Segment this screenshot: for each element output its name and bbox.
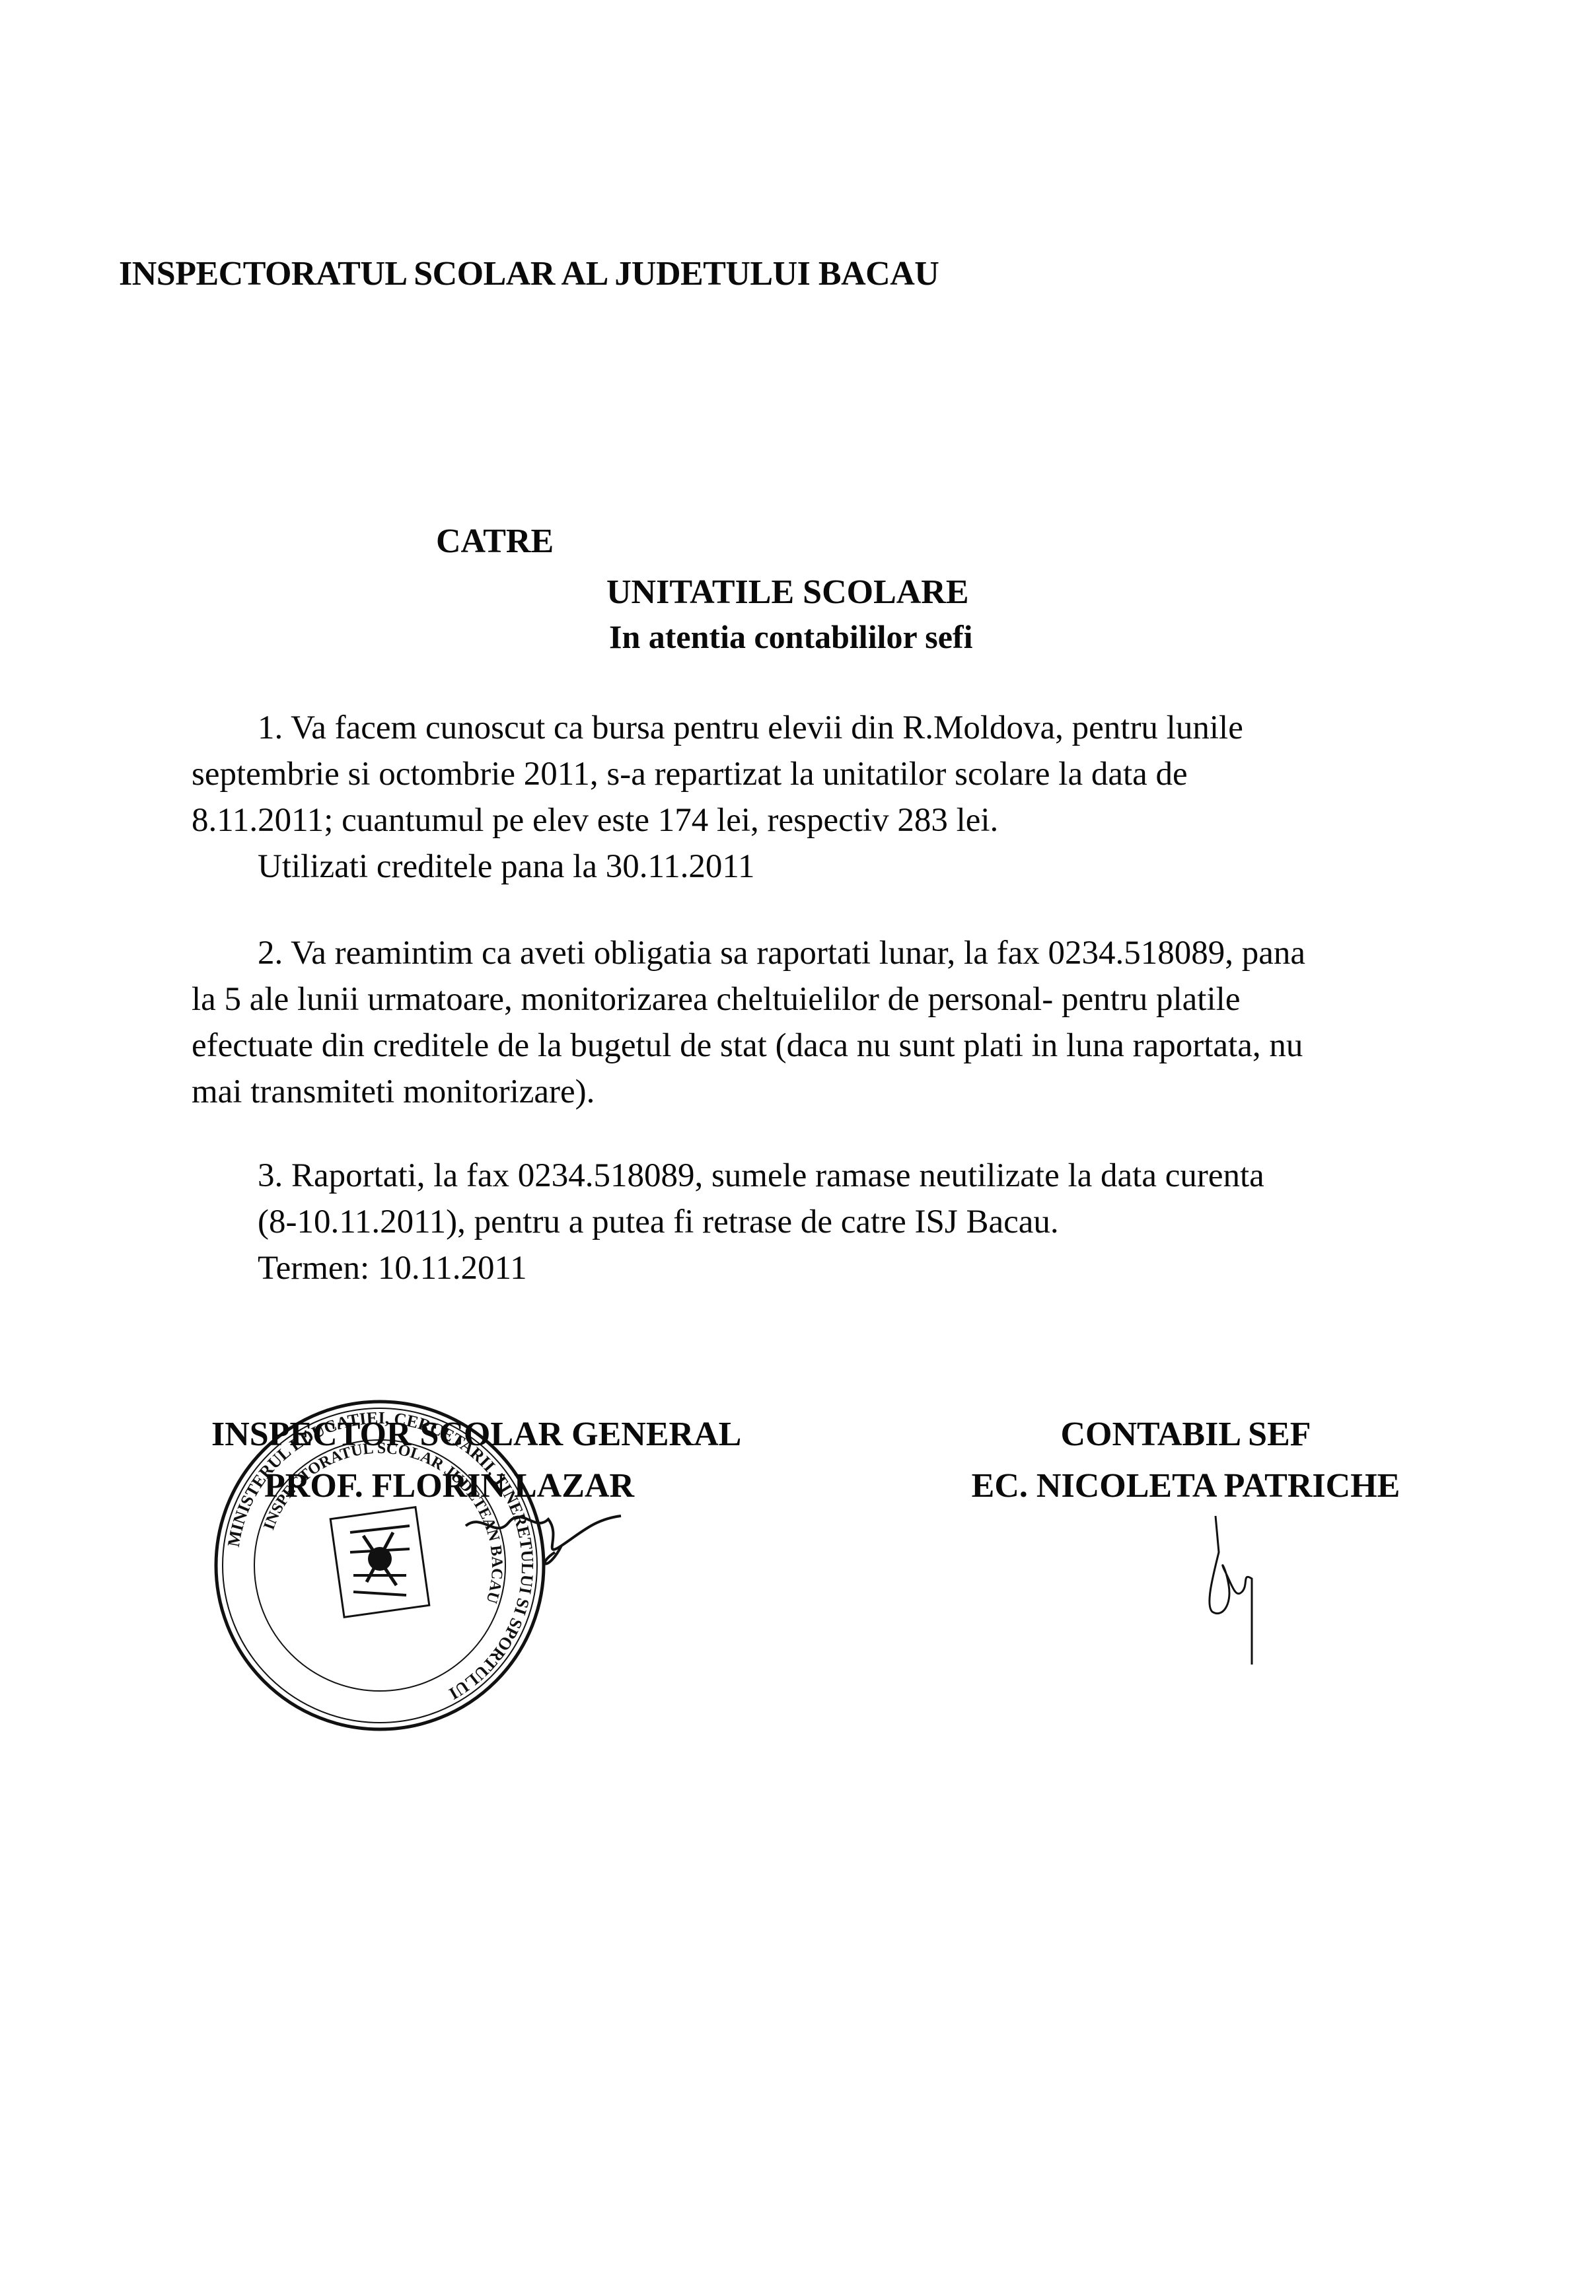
paragraph-1: 1. Va facem cunoscut ca bursa pentru ele… (192, 705, 1506, 890)
recipient: UNITATILE SCOLARE (606, 573, 969, 612)
signature-block-right: CONTABIL SEF EC. NICOLETA PATRICHE (925, 1409, 1447, 1512)
paragraph-line: la 5 ale lunii urmatoare, monitorizarea … (192, 976, 1506, 1022)
paragraph-line: mai transmiteti monitorizare). (192, 1069, 1506, 1115)
paragraph-3: 3. Raportati, la fax 0234.518089, sumele… (192, 1153, 1506, 1291)
paragraph-2: 2. Va reamintim ca aveti obligatia sa ra… (192, 930, 1506, 1115)
signatory-name-right: EC. NICOLETA PATRICHE (925, 1460, 1447, 1512)
paragraph-line: Utilizati creditele pana la 30.11.2011 (192, 843, 1506, 890)
paragraph-line: 3. Raportati, la fax 0234.518089, sumele… (192, 1153, 1506, 1199)
signature-block-left: INSPECTOR SCOLAR GENERAL PROF. FLORIN LA… (211, 1409, 741, 1512)
coat-of-arms-icon (330, 1507, 429, 1618)
signature-right-icon (1202, 1513, 1282, 1665)
to-label: CATRE (436, 522, 554, 561)
institution-header: INSPECTORATUL SCOLAR AL JUDETULUI BACAU (119, 254, 939, 293)
paragraph-line: Termen: 10.11.2011 (192, 1245, 1506, 1291)
paragraph-line: efectuate din creditele de la bugetul de… (192, 1022, 1506, 1069)
paragraph-line: 8.11.2011; cuantumul pe elev este 174 le… (192, 797, 1506, 843)
attention-line: In atentia contabililor sefi (609, 618, 972, 656)
paragraph-line: 1. Va facem cunoscut ca bursa pentru ele… (192, 705, 1506, 751)
paragraph-line: (8-10.11.2011), pentru a putea fi retras… (192, 1199, 1506, 1245)
signature-left-icon (462, 1499, 634, 1579)
paragraph-line: septembrie si octombrie 2011, s-a repart… (192, 751, 1506, 797)
paragraph-line: 2. Va reamintim ca aveti obligatia sa ra… (192, 930, 1506, 976)
signatory-title-left: INSPECTOR SCOLAR GENERAL (211, 1409, 741, 1460)
signatory-title-right: CONTABIL SEF (925, 1409, 1447, 1460)
